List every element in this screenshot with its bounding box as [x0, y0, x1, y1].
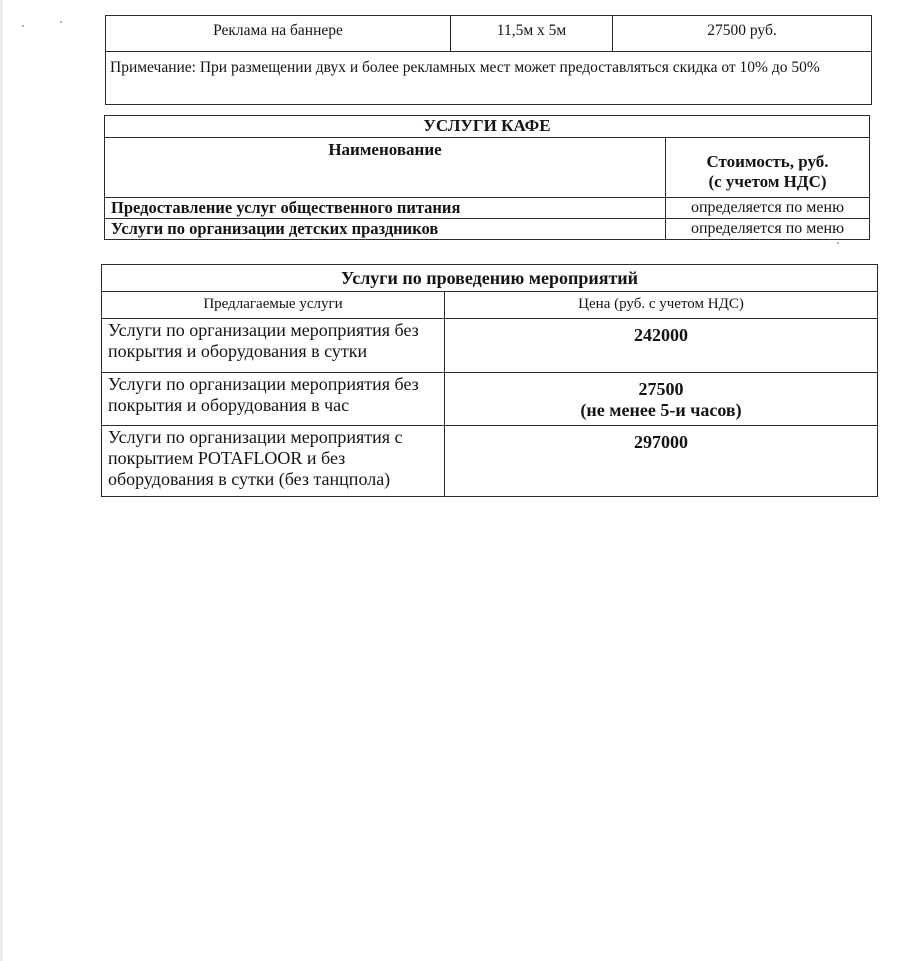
price-note: (не менее 5-и часов)	[445, 400, 877, 421]
scan-speck	[22, 25, 24, 27]
ad-price-cell: 27500 руб.	[613, 16, 872, 52]
scan-speck	[60, 21, 62, 23]
price-value: 27500	[445, 379, 877, 400]
header-name: Наименование	[105, 138, 666, 198]
service-cost: определяется по меню	[666, 198, 870, 219]
price-value: 297000	[445, 432, 877, 453]
service-name: Услуги по организации детских праздников	[105, 219, 666, 240]
event-services-table: Услуги по проведению мероприятий Предлаг…	[101, 264, 878, 497]
discount-note: Примечание: При размещении двух и более …	[106, 52, 872, 105]
header-cost-line2: (с учетом НДС)	[666, 172, 869, 192]
table-header-row: Предлагаемые услуги Цена (руб. с учетом …	[102, 292, 878, 319]
cafe-services-table: УСЛУГИ КАФЕ Наименование Стоимость, руб.…	[104, 115, 870, 240]
table-row: Услуги по организации детских праздников…	[105, 219, 870, 240]
service-name: Предоставление услуг общественного питан…	[105, 198, 666, 219]
service-price: 297000	[445, 426, 878, 497]
header-cost: Стоимость, руб. (с учетом НДС)	[666, 138, 870, 198]
price-value: 242000	[445, 325, 877, 346]
ad-name-cell: Реклама на баннере	[106, 16, 451, 52]
service-line: Услуги по организации мероприятия без	[108, 374, 444, 395]
service-description: Услуги по организации мероприятия без по…	[102, 319, 445, 373]
scan-edge	[0, 0, 3, 961]
ad-size-cell: 11,5м х 5м	[451, 16, 613, 52]
header-services: Предлагаемые услуги	[102, 292, 445, 319]
events-table-title: Услуги по проведению мероприятий	[102, 265, 878, 292]
service-line: покрытием POTAFLOOR и без	[108, 448, 444, 469]
service-line: покрытия и оборудования в час	[108, 395, 444, 416]
header-price: Цена (руб. с учетом НДС)	[445, 292, 878, 319]
table-header-row: Наименование Стоимость, руб. (с учетом Н…	[105, 138, 870, 198]
service-line: оборудования в сутки (без танцпола)	[108, 469, 444, 490]
table-row: Реклама на баннере 11,5м х 5м 27500 руб.	[106, 16, 872, 52]
service-line: покрытия и оборудования в сутки	[108, 341, 444, 362]
cafe-table-title: УСЛУГИ КАФЕ	[105, 116, 870, 138]
service-description: Услуги по организации мероприятия без по…	[102, 373, 445, 426]
service-line: Услуги по организации мероприятия без	[108, 320, 444, 341]
service-cost: определяется по меню	[666, 219, 870, 240]
service-price: 27500 (не менее 5-и часов)	[445, 373, 878, 426]
table-row: Услуги по организации мероприятия без по…	[102, 373, 878, 426]
service-description: Услуги по организации мероприятия с покр…	[102, 426, 445, 497]
service-line: Услуги по организации мероприятия с	[108, 427, 444, 448]
service-price: 242000	[445, 319, 878, 373]
scan-speck	[837, 242, 839, 244]
table-title-row: УСЛУГИ КАФЕ	[105, 116, 870, 138]
table-title-row: Услуги по проведению мероприятий	[102, 265, 878, 292]
table-row: Предоставление услуг общественного питан…	[105, 198, 870, 219]
note-row: Примечание: При размещении двух и более …	[106, 52, 872, 105]
header-cost-line1: Стоимость, руб.	[666, 152, 869, 172]
table-row: Услуги по организации мероприятия без по…	[102, 319, 878, 373]
table-row: Услуги по организации мероприятия с покр…	[102, 426, 878, 497]
advertising-table: Реклама на баннере 11,5м х 5м 27500 руб.…	[105, 15, 872, 105]
